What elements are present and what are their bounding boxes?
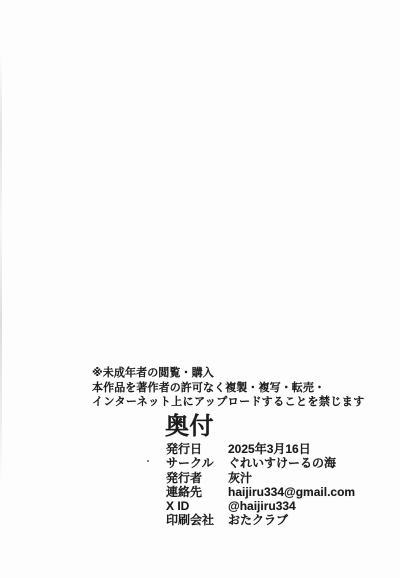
table-row: サークル ぐれいすけーるの海 (166, 456, 355, 470)
copyright-notice: ※未成年者の閲覧・購入 本作品を著作者の許可なく複製・複写・転売・ インターネッ… (92, 366, 365, 410)
notice-line: インターネット上にアップロードすることを禁じます (92, 395, 365, 410)
scan-edge-artifact (0, 55, 2, 485)
row-value: ぐれいすけーるの海 (228, 456, 336, 470)
table-row: X ID @haijiru334 (166, 499, 355, 513)
table-row: 連絡先 haijiru334@gmail.com (166, 485, 355, 499)
scan-speck (147, 460, 149, 462)
row-value: @haijiru334 (228, 499, 296, 513)
colophon-title: 奥付 (165, 413, 214, 441)
colophon-table: 発行日 2025年3月16日 サークル ぐれいすけーるの海 発行者 灰汁 連絡先… (166, 442, 355, 528)
row-value: おたクラブ (228, 513, 288, 527)
row-label: サークル (166, 456, 228, 470)
notice-line: ※未成年者の閲覧・購入 (92, 366, 365, 381)
notice-line: 本作品を著作者の許可なく複製・複写・転売・ (92, 381, 365, 396)
table-row: 印刷会社 おたクラブ (166, 513, 355, 527)
row-label: 発行者 (166, 471, 228, 485)
row-label: 印刷会社 (166, 513, 228, 527)
row-value: 2025年3月16日 (228, 442, 311, 456)
row-label: X ID (166, 499, 228, 513)
colophon-page: ※未成年者の閲覧・購入 本作品を著作者の許可なく複製・複写・転売・ インターネッ… (0, 0, 400, 578)
row-value: haijiru334@gmail.com (228, 485, 355, 499)
row-label: 連絡先 (166, 485, 228, 499)
row-label: 発行日 (166, 442, 228, 456)
row-value: 灰汁 (228, 471, 252, 485)
table-row: 発行者 灰汁 (166, 471, 355, 485)
table-row: 発行日 2025年3月16日 (166, 442, 355, 456)
